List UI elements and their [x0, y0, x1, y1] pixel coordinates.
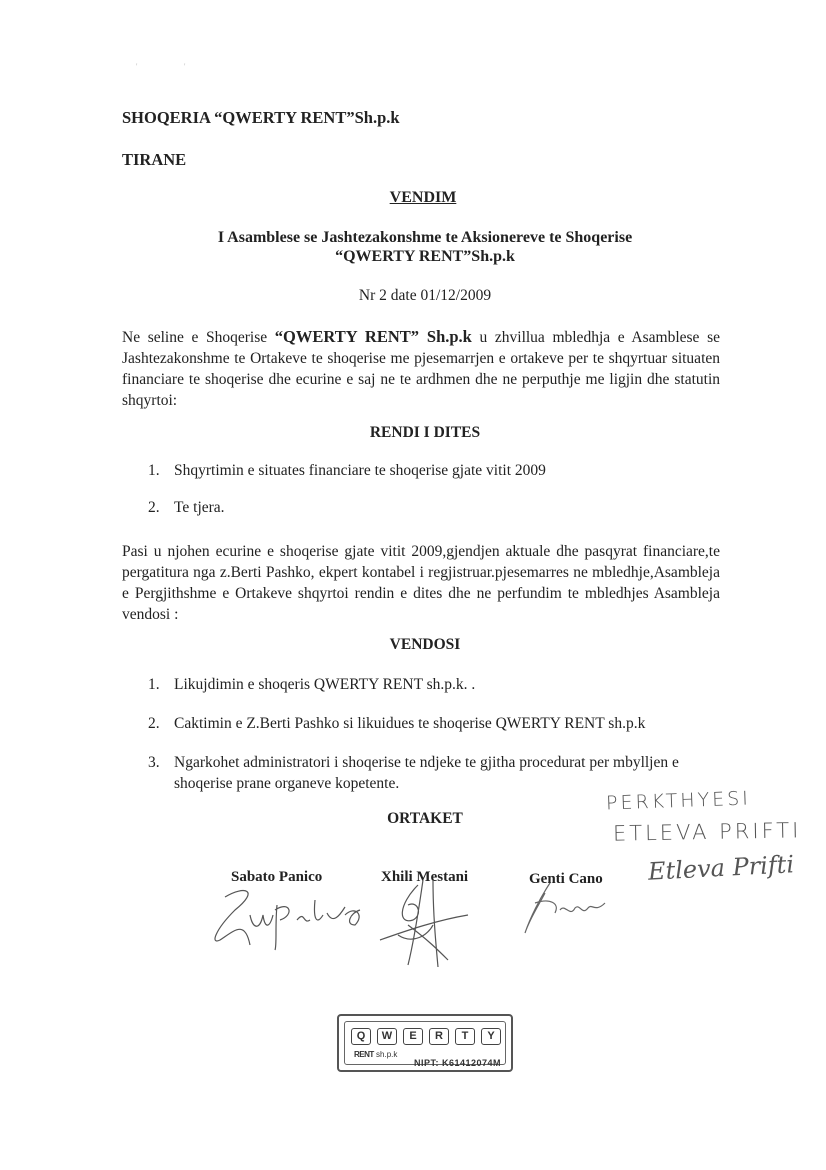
subtitle-line1: I Asamblese se Jashtezakonshme te Aksion…: [12, 229, 826, 247]
city-header: TIRANE: [122, 150, 186, 170]
item-text: Te tjera.: [174, 497, 225, 518]
intro-company: “QWERTY RENT” Sh.p.k: [275, 327, 472, 346]
signature-genti-cano: [520, 878, 620, 948]
intro-prefix: Ne seline e Shoqerise: [122, 329, 275, 346]
item-text: Caktimin e Z.Berti Pashko si likuidues t…: [174, 713, 645, 734]
decision-number-date: Nr 2 date 01/12/2009: [12, 287, 826, 305]
stamp-rent: RENT: [354, 1050, 374, 1059]
item-number: 3.: [148, 752, 174, 773]
title-text: VENDIM: [390, 189, 457, 206]
item-text: Shqyrtimin e situates financiare te shoq…: [174, 460, 546, 481]
item-text: Likujdimin e shoqeris QWERTY RENT sh.p.k…: [174, 674, 475, 695]
translator-name: ETLEVA PRIFTI: [613, 818, 802, 845]
stamp-key: T: [455, 1028, 475, 1045]
item-number: 2.: [148, 497, 174, 518]
agenda-item: 1.Shqyrtimin e situates financiare te sh…: [148, 460, 546, 481]
stamp-key: Q: [351, 1028, 371, 1045]
item-text: Ngarkohet administratori i shoqerise te …: [174, 752, 714, 794]
partner-name-1: Sabato Panico: [231, 869, 322, 886]
signature-xhili-mestani: [378, 875, 478, 970]
item-number: 2.: [148, 713, 174, 734]
stamp-nipt: NIPT: K61412074M: [414, 1058, 501, 1068]
stamp-suffix: sh.p.k: [376, 1050, 397, 1059]
scan-speck: ': [184, 62, 185, 71]
subtitle-line2: “QWERTY RENT”Sh.p.k: [12, 248, 826, 266]
stamp-key: Y: [481, 1028, 501, 1045]
translator-signature: Etleva Prifti: [647, 850, 794, 886]
agenda-heading: RENDI I DITES: [12, 424, 826, 442]
stamp-key: W: [377, 1028, 397, 1045]
company-header: SHOQERIA “QWERTY RENT”Sh.p.k: [122, 108, 400, 128]
company-stamp: Q W E R T Y RENT sh.p.k NIPT: K61412074M: [337, 1014, 513, 1072]
intro-paragraph: Ne seline e Shoqerise “QWERTY RENT” Sh.p…: [122, 326, 720, 411]
signature-sabato-panico: [205, 885, 375, 960]
decision-item: 2.Caktimin e Z.Berti Pashko si likuidues…: [148, 713, 645, 734]
item-number: 1.: [148, 674, 174, 695]
decision-item: 3.Ngarkohet administratori i shoqerise t…: [148, 752, 720, 794]
stamp-key: E: [403, 1028, 423, 1045]
stamp-rent-label: RENT sh.p.k: [354, 1050, 397, 1059]
stamp-key: R: [429, 1028, 449, 1045]
item-number: 1.: [148, 460, 174, 481]
agenda-item: 2.Te tjera.: [148, 497, 225, 518]
decisions-heading: VENDOSI: [12, 636, 826, 654]
document-title: VENDIM: [0, 189, 826, 207]
discussion-paragraph: Pasi u njohen ecurine e shoqerise gjate …: [122, 541, 720, 625]
decision-item: 1.Likujdimin e shoqeris QWERTY RENT sh.p…: [148, 674, 475, 695]
scan-speck: ': [136, 62, 137, 71]
